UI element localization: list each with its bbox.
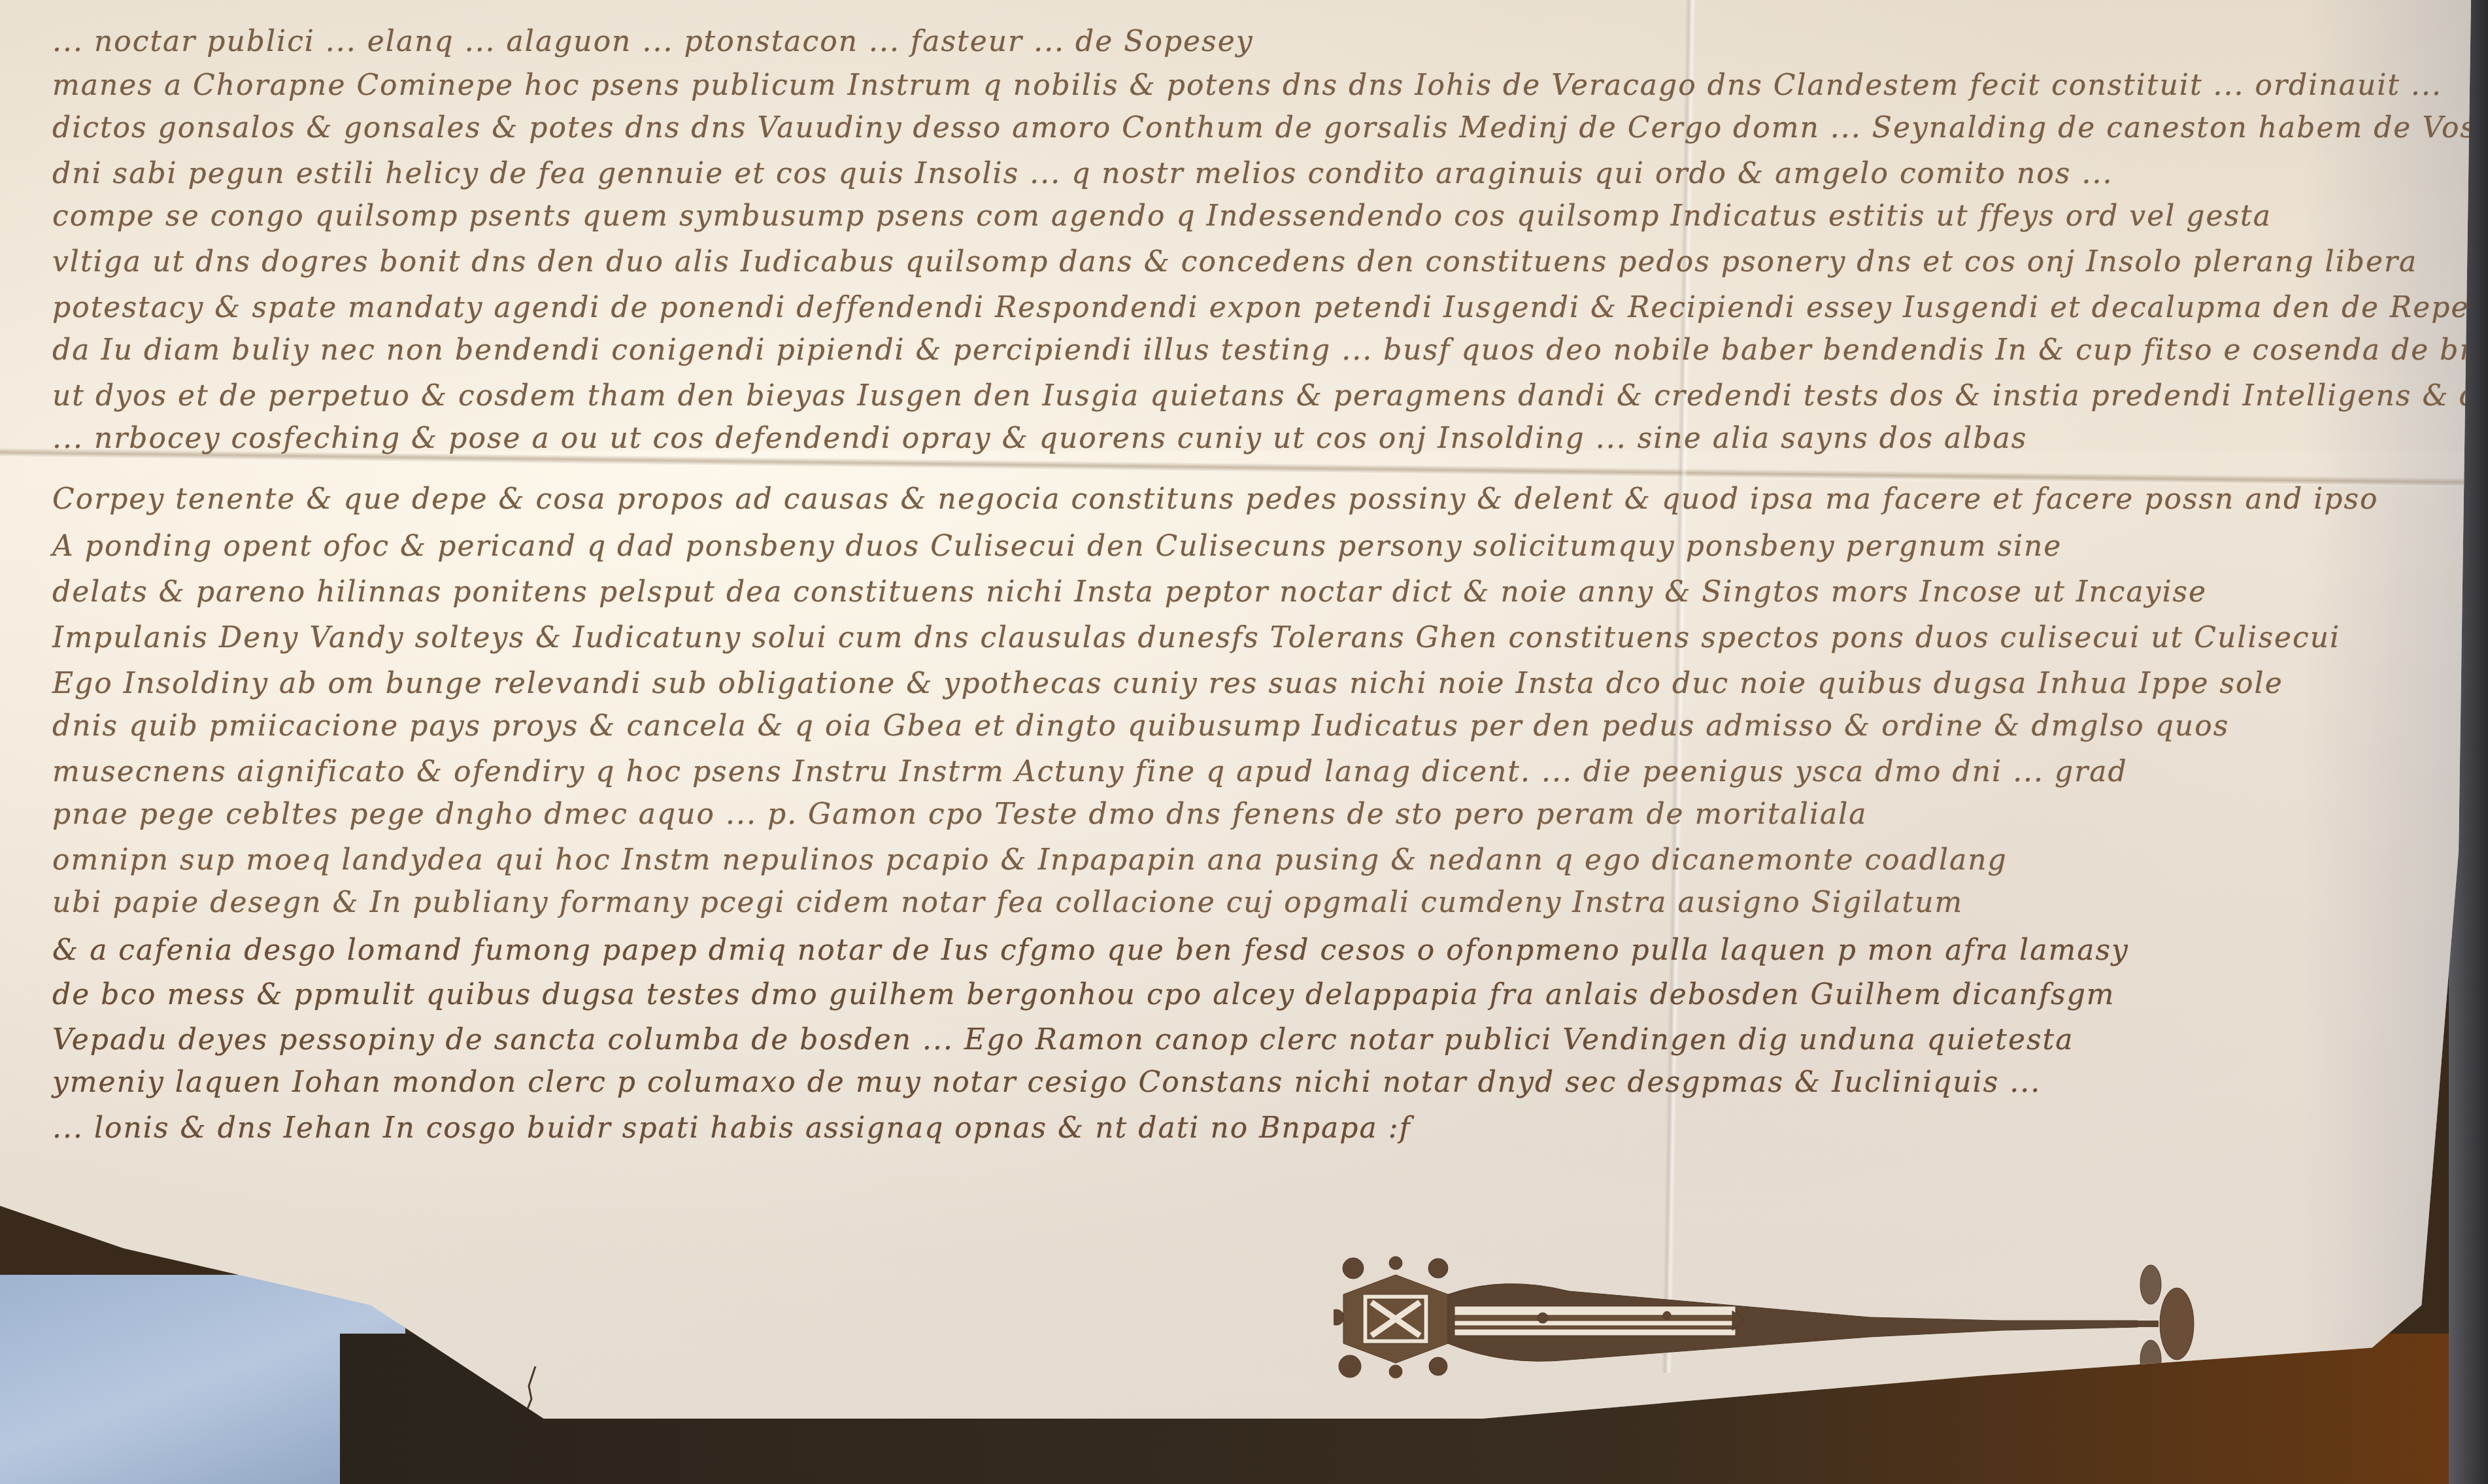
charter-line: ... noctar publici ... elanq ... alaguon… <box>52 25 1254 58</box>
charter-line: & a cafenia desgo lomand fumong papep dm… <box>52 934 2129 967</box>
charter-line: omnipn sup moeq landydea qui hoc Instm n… <box>52 843 2008 877</box>
charter-line: ymeniy laquen Iohan mondon clerc p colum… <box>52 1066 2041 1099</box>
charter-line: delats & pareno hilinnas ponitens pelspu… <box>52 575 2207 609</box>
charter-line: dni sabi pegun estili helicy de fea genn… <box>52 157 2113 190</box>
notarial-signum-icon <box>1334 1255 2196 1379</box>
charter-line: ubi papie desegn & In publiany formany p… <box>52 886 1963 919</box>
charter-line: ut dyos et de perpetuo & cosdem tham den… <box>52 379 2488 413</box>
charter-line: musecnens aignificato & ofendiry q hoc p… <box>52 755 2128 788</box>
charter-line: Ego Insoldiny ab om bunge relevandi sub … <box>52 667 2283 700</box>
charter-line: potestacy & spate mandaty agendi de pone… <box>52 291 2488 324</box>
charter-line: pnae pege cebltes pege dngho dmec aquo .… <box>52 798 1868 831</box>
charter-line: Vepadu deyes pessopiny de sancta columba… <box>52 1023 2074 1056</box>
charter-line: Corpey tenente & que depe & cosa propos … <box>52 482 2378 516</box>
charter-line: dictos gonsalos & gonsales & potes dns d… <box>52 111 2488 144</box>
charter-line: dnis quib pmiicacione pays proys & cance… <box>52 709 2229 743</box>
charter-line: manes a Chorapne Cominepe hoc psens publ… <box>52 69 2442 102</box>
right-edge-shadow <box>2301 0 2471 1373</box>
parchment-sheet: ... noctar publici ... elanq ... alaguon… <box>0 0 2471 1419</box>
charter-line: A ponding opent ofoc & pericand q dad po… <box>52 530 2062 563</box>
charter-line: de bco mess & ppmulit quibus dugsa teste… <box>52 978 2115 1011</box>
charter-line: ... lonis & dns Iehan In cosgo buidr spa… <box>52 1111 1411 1145</box>
charter-line: ... nrbocey cosfeching & pose a ou ut co… <box>52 422 2027 455</box>
charter-line: Impulanis Deny Vandy solteys & Iudicatun… <box>52 621 2340 654</box>
charter-line: vltiga ut dns dogres bonit dns den duo a… <box>52 245 2417 278</box>
charter-line: da Iu diam buliy nec non bendendi conige… <box>52 333 2488 367</box>
charter-line: compe se congo quilsomp psents quem symb… <box>52 199 2272 233</box>
